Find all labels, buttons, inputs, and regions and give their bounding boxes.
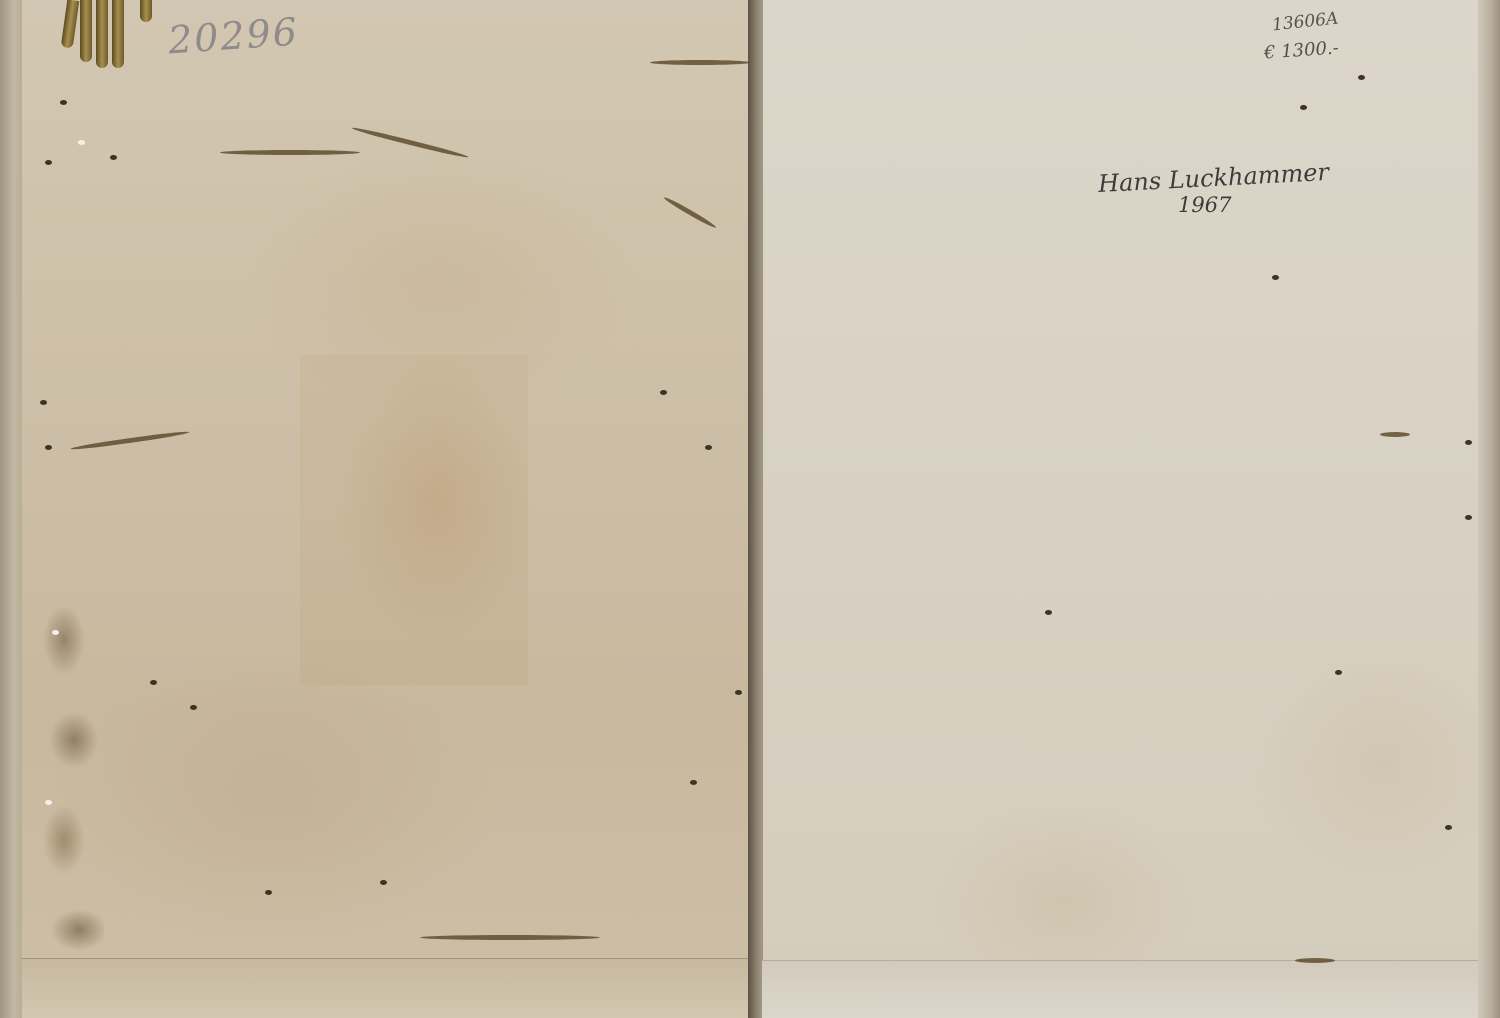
worm-hole <box>60 100 67 105</box>
worm-hole <box>45 445 52 450</box>
left-turn-in <box>22 958 758 1018</box>
worm-hole <box>735 690 742 695</box>
offset-stain <box>300 355 528 685</box>
worm-hole <box>40 400 47 405</box>
right-page-edge <box>1478 0 1500 1018</box>
worm-hole <box>1465 515 1472 520</box>
worm-hole <box>705 445 712 450</box>
right-endpaper <box>762 0 1480 1018</box>
tear <box>650 60 750 65</box>
worm-hole <box>1465 440 1472 445</box>
worm-hole <box>110 155 117 160</box>
worm-hole-light <box>78 140 85 145</box>
worm-hole <box>1045 610 1052 615</box>
tear <box>420 935 600 940</box>
worm-hole-light <box>45 800 52 805</box>
right-turn-in <box>762 960 1480 1018</box>
worm-hole <box>190 705 197 710</box>
edge-damage <box>34 560 104 960</box>
pencil-shelf-number: 20296 <box>167 9 301 62</box>
tear <box>1295 958 1335 963</box>
book-spread-scan: 20296 13606A € 1300.- Hans Luckhammer 19… <box>0 0 1500 1018</box>
worm-hole <box>150 680 157 685</box>
worm-hole <box>690 780 697 785</box>
brass-hand-clip <box>62 0 132 70</box>
worm-hole <box>1358 75 1365 80</box>
worm-hole <box>45 160 52 165</box>
worm-hole-light <box>52 630 59 635</box>
tear <box>1380 432 1410 437</box>
worm-hole <box>1335 670 1342 675</box>
worm-hole <box>380 880 387 885</box>
worm-hole <box>660 390 667 395</box>
owner-signature-year: 1967 <box>1178 193 1231 217</box>
worm-hole <box>1445 825 1452 830</box>
worm-hole <box>265 890 272 895</box>
worm-hole <box>1272 275 1279 280</box>
worm-hole <box>1300 105 1307 110</box>
tear <box>220 150 360 155</box>
